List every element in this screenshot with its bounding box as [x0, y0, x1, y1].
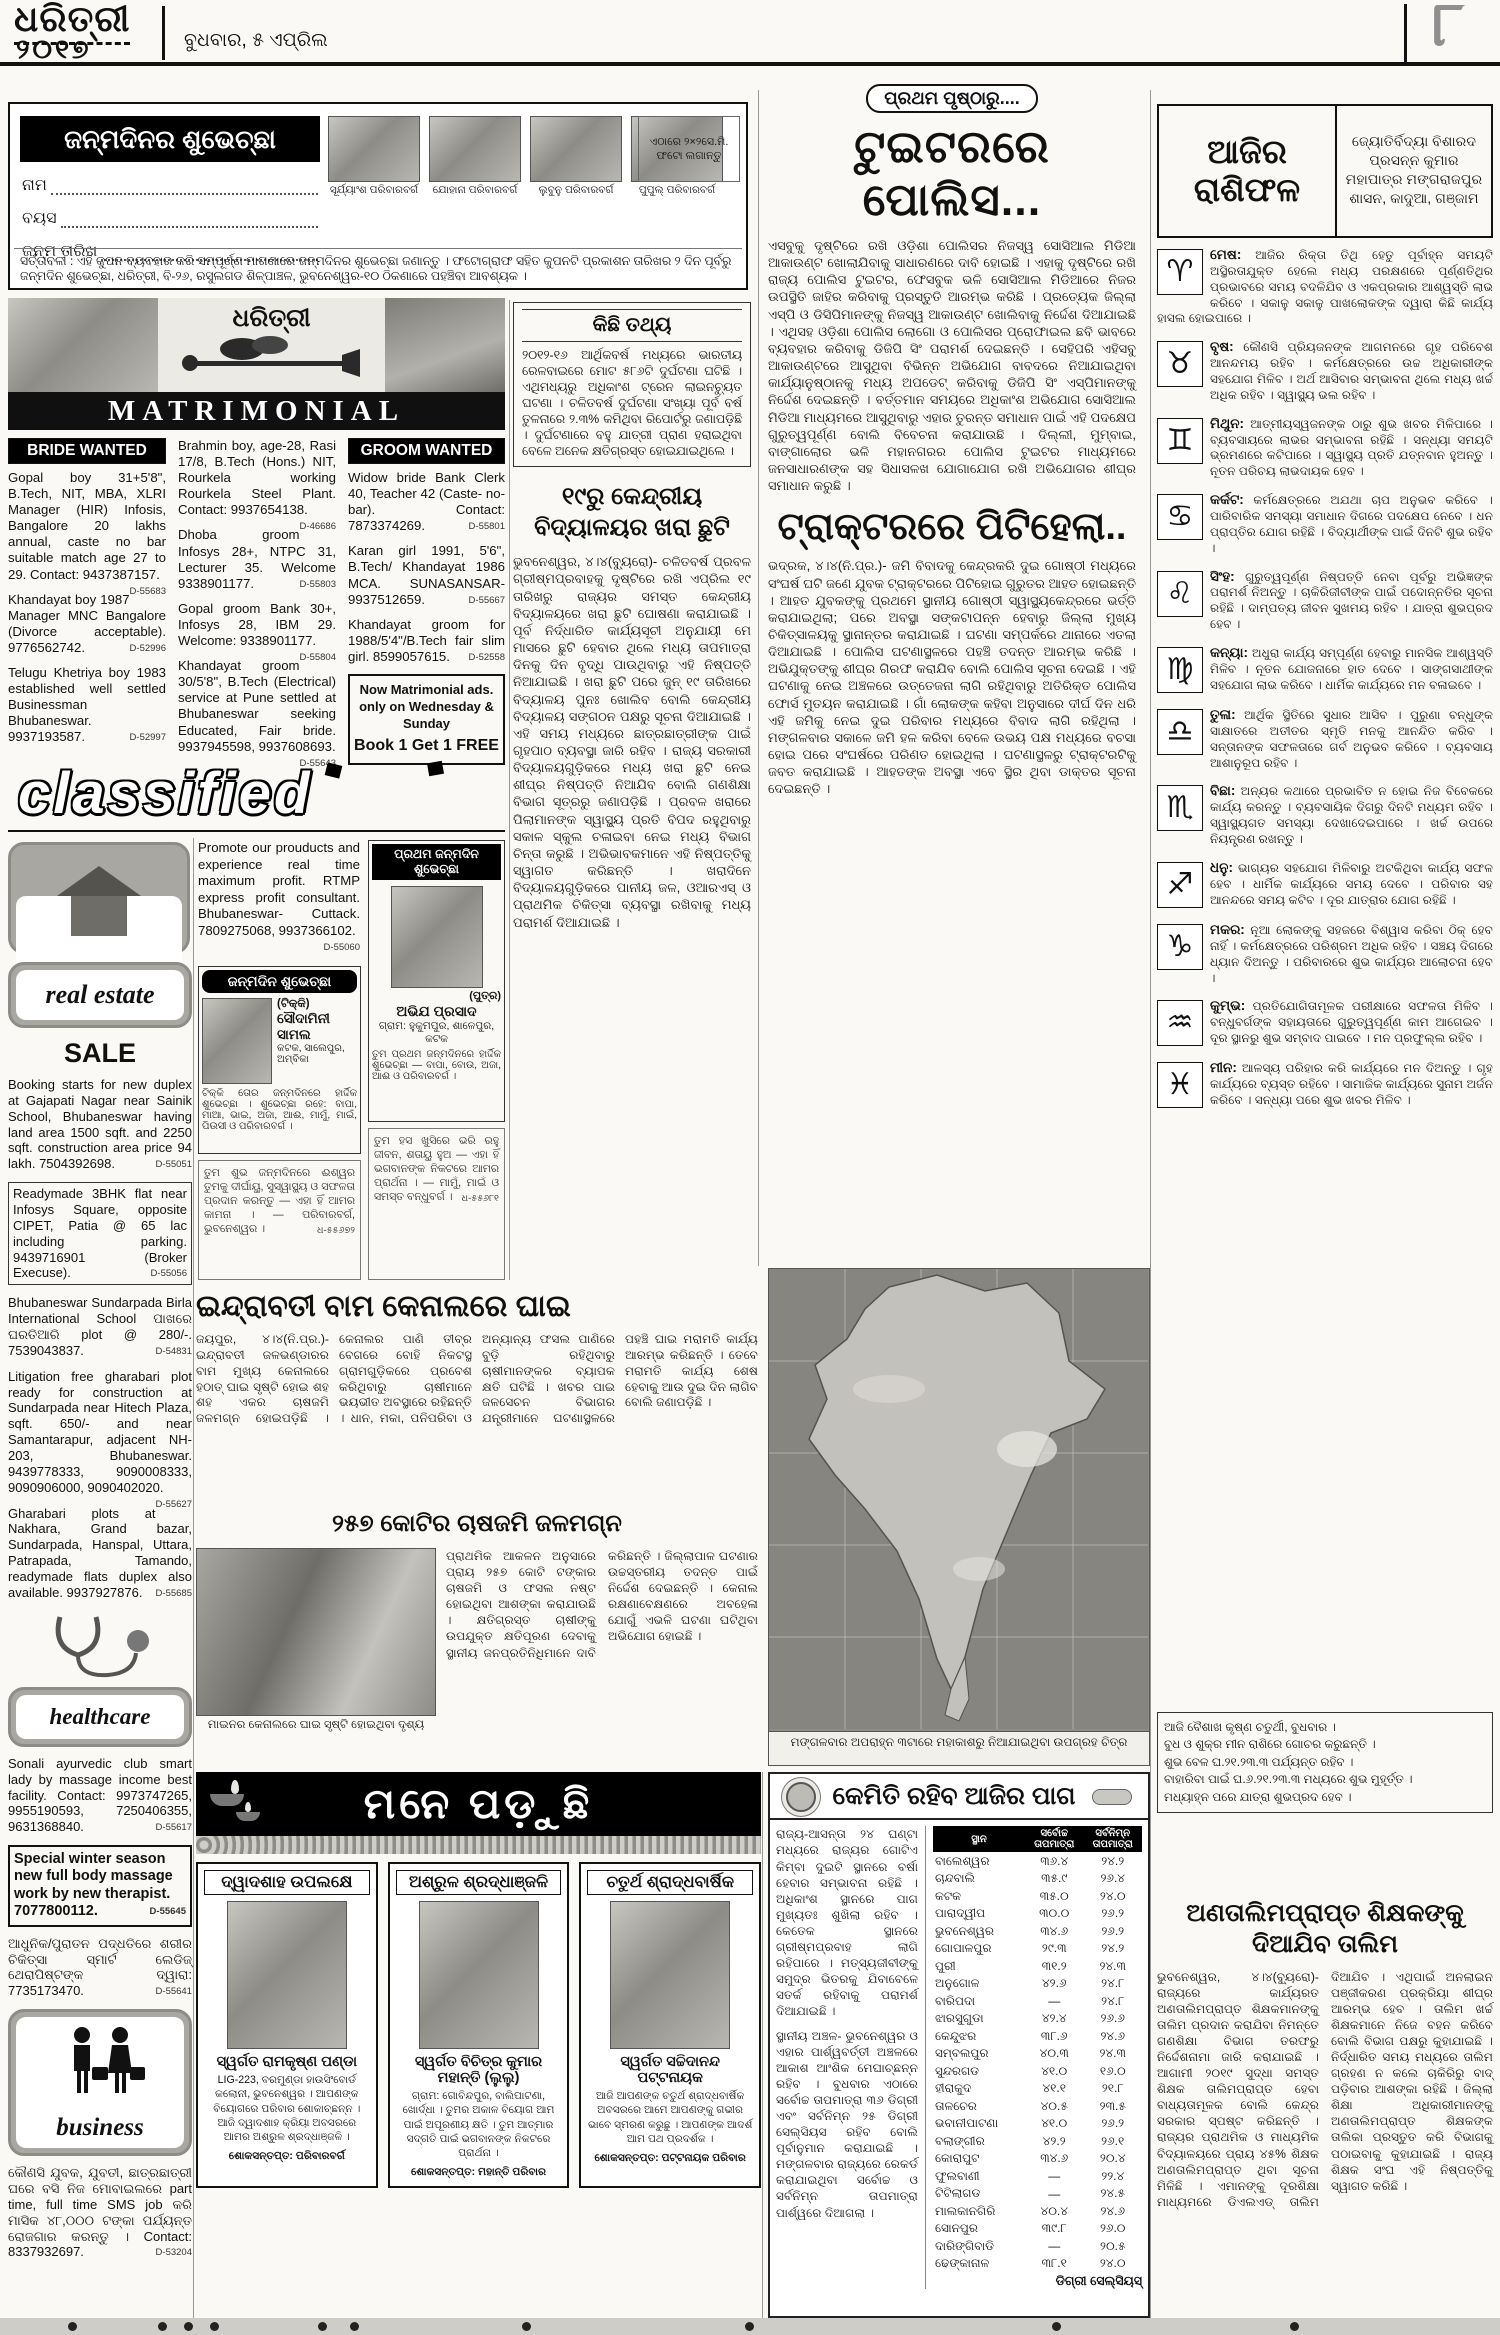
horoscope-sign-entry[interactable]: ♐ ଧନୁ: ଭାଗ୍ୟର ସହଯୋଗ ମିଳିବାରୁ ଅଟକିଥିବା କା…	[1157, 859, 1493, 910]
deceased-photo	[227, 1901, 347, 2049]
business-label: business	[8, 2009, 192, 2156]
birthday-photo: ଲୁବୁନୁ ପରିବାରବର୍ଗ	[530, 116, 622, 196]
matrimonial-ad[interactable]: Karan girl 1991, 5'6", B.Tech/ Khandayat…	[348, 543, 505, 607]
astrologer-credit: ଜ୍ୟୋତିର୍ବିଦ୍ୟା ବିଶାରଦ ପ୍ରସନ୍ନ କୁମାର ମହାପ…	[1337, 106, 1491, 236]
masthead-divider	[162, 6, 165, 60]
panchanga-box: ଆଜି ବୈଶାଖ କୃଷ୍ଣ ଚତୁର୍ଥୀ, ବୁଧବାର ।ବୁଧ ଓ ଶ…	[1157, 1712, 1493, 1813]
sale-heading: SALE	[8, 1038, 192, 1069]
vacation-subheadline: ୧୯ରୁ କେନ୍ଦ୍ରୀୟ ବିଦ୍ୟାଳୟର ଖରା ଛୁଟି	[513, 481, 751, 543]
indravati-subheadline: ୨୫୭ କୋଟିର ଚାଷଜମି ଜଳମଗ୍ନ	[196, 1510, 758, 1538]
coupon-field[interactable]: ନାମ	[22, 177, 318, 195]
facts-text: ୨୦୧୨-୧୬ ଆର୍ଥିକବର୍ଷ ମଧ୍ୟରେ ଭାରତୀୟ ରେଳବାଇର…	[522, 348, 742, 460]
temperature-row: ହୀରାକୁଦ୪୧.୧୨୧.୮	[933, 2080, 1142, 2098]
coupon-terms: ସର୍ତ୍ତାବଳୀ : ଏହି କୁପନ ବ୍ୟବହାର କରି ସମ୍ପୂର…	[20, 254, 740, 285]
dotted-leader	[51, 181, 318, 195]
marigold-garland	[196, 1836, 761, 1854]
temperature-row: ଢେଙ୍କାନାଳ୩୮.୧୨୪.୦	[933, 2255, 1142, 2273]
birthday-ad-banner: ଜନ୍ମଦିନ ଶୁଭେଚ୍ଛା	[202, 970, 357, 993]
temperature-row: ବାରିପଦା—୨୪.୮	[933, 1992, 1142, 2010]
horoscope-signs: ♈ ମେଷ: ଆଜିର ରିକ୍ତା ତିଥି ହେତୁ ପୂର୍ବାହ୍ନ ସ…	[1157, 246, 1493, 1121]
zodiac-icon: ♈	[1157, 249, 1203, 295]
pageno-divider	[1404, 4, 1407, 62]
temperature-row: ଅନୁଗୋଳ୪୨.୬୨୪.୮	[933, 1975, 1142, 1993]
matrimonial-ad[interactable]: Khandayat groom for 1988/5'4"/B.Tech fai…	[348, 617, 505, 665]
birthday-wish: ତୁମ ପ୍ରଥମ ଜନ୍ମଦିନରେ ହାର୍ଦ୍ଦିକ ଶୁଭେଚ୍ଛା —…	[372, 1049, 501, 1082]
real-estate-ad[interactable]: Readymade 3BHK flat near Infosys Square,…	[8, 1182, 192, 1285]
temperature-row: ସୁନ୍ଦରଗଡ୪୧.୦୧୬.୦	[933, 2062, 1142, 2080]
horoscope-sign-entry[interactable]: ♍ କନ୍ୟା: ଅଧୁରା କାର୍ଯ୍ୟ ସମ୍ପୂର୍ଣ୍ଣ ହେବାରୁ…	[1157, 644, 1493, 695]
teachers-body: ଭୁବନେଶ୍ୱର, ୪।୪(ବ୍ୟୁରୋ)- ରାଜ୍ୟରେ କାର୍ଯ୍ୟର…	[1157, 1969, 1493, 2335]
birthday-photo: ସୂର୍ଯ୍ୟାଂଶ ପରିବାରବର୍ଗ	[328, 116, 420, 196]
india-map	[769, 1269, 1148, 1729]
relation-tag: (ଟିକ୍କି)	[277, 998, 357, 1011]
temperature-row: ସମ୍ବଲପୁର୪୦.୩୨୪.୩	[933, 2045, 1142, 2063]
healthcare-ad[interactable]: Sonali ayurvedic club smart lady by mass…	[8, 1756, 192, 1835]
horoscope-title: ଆଜିର ରାଶିଫଳ	[1159, 106, 1337, 236]
temperature-row: ପାରାଦ୍ୱୀପ୩୦.୦୨୬.୨	[933, 1905, 1142, 1923]
column-rule	[762, 1772, 763, 2330]
temperature-row: ଗୋପାଳପୁର୨୯.୩୨୪.୨	[933, 1940, 1142, 1958]
groom-wanted-ads: Widow bride Bank Clerk 40, Teacher 42 (C…	[348, 470, 505, 665]
business-people-icon	[54, 2025, 146, 2109]
zodiac-icon: ♎	[1157, 709, 1203, 755]
column-rule	[758, 90, 759, 1266]
real-estate-ad[interactable]: Gharabari plots at Nakhara, Grand bazar,…	[8, 1506, 192, 1601]
matrimonial-ad[interactable]: Telugu Khetriya boy 1983 established wel…	[8, 665, 166, 745]
temperature-rows: ବାଲେଶ୍ୱର୩୬.୪୨୪.୨ ଚାନ୍ଦବାଲି୩୫.୯୨୬.୪ କଟକ୩୫…	[933, 1852, 1142, 2272]
matrimonial-ad[interactable]: Brahmin boy, age-28, Rasi 17/8, B.Tech (…	[178, 438, 336, 518]
vacation-article-body: ଭୁବନେଶ୍ୱର, ୪।୪(ବ୍ୟୁରୋ)- ଚଳିତବର୍ଷ ପ୍ରବଳ ଗ…	[513, 553, 751, 930]
matrimonial-ad[interactable]: Dhoba groom Infosys 28+, NTPC 31, Lectur…	[178, 527, 336, 591]
child-photo	[328, 116, 420, 182]
indravati-headline: ଇନ୍ଦ୍ରାବତୀ ବାମ କେନାଲରେ ଘାଇ	[196, 1290, 758, 1324]
horoscope-sign-entry[interactable]: ♑ ମକର: ନୂଆ ଲୋକଙ୍କୁ ସହଜରେ ବିଶ୍ୱାସ କରିବା ଠ…	[1157, 921, 1493, 986]
relation-tag: (ପୁତ୍ର)	[372, 990, 501, 1003]
temperature-row: କୋରାପୁଟ୩୪.୬୨୦.୪	[933, 2150, 1142, 2168]
matrimonial-title: MATRIMONIAL	[8, 392, 505, 430]
deceased-photo	[419, 1901, 539, 2049]
matrimonial-ad[interactable]: Gopal groom Bank 30+, Infosys 28, IBM 29…	[178, 601, 336, 649]
horoscope-sign-entry[interactable]: ♒ କୁମ୍ଭ: ପ୍ରତିଯୋଗିତାମୂଳକ ପରୀକ୍ଷାରେ ସଫଳତା…	[1157, 997, 1493, 1048]
real-estate-ad[interactable]: Bhubaneswar Sundarpada Birla Internation…	[8, 1295, 192, 1358]
horoscope-sign-entry[interactable]: ♓ ମୀନ: ଆଳସ୍ୟ ପରିହାର କରି କାର୍ଯ୍ୟରେ ମନ ଦିଅ…	[1157, 1059, 1493, 1110]
canal-breach-photo	[196, 1548, 436, 1716]
zodiac-icon: ♓	[1157, 1062, 1203, 1108]
cloud-icon	[1092, 1789, 1132, 1805]
zodiac-icon: ♋	[1157, 494, 1203, 540]
classified-title: classified	[18, 760, 312, 827]
real-estate-ad[interactable]: Litigation free gharabari plot ready for…	[8, 1369, 192, 1496]
weather-title: କେମିତି ରହିବ ଆଜିର ପାଗ	[770, 1774, 1148, 1820]
coupon-separator	[14, 248, 742, 249]
special-massage-ad[interactable]: Special winter season new full body mass…	[8, 1845, 192, 1927]
birthday-child-photo	[391, 886, 483, 988]
teachers-article: ଅଣତାଲିମପ୍ରାପ୍ତ ଶିକ୍ଷକଙ୍କୁ ଦିଆଯିବ ତାଲିମ ଭ…	[1157, 1898, 1493, 2335]
dotted-leader	[61, 214, 318, 228]
greeting-ad-box[interactable]: ତୁମ ହସ ଖୁସିରେ ଭରି ରହୁ ଜୀବନ, ଶତାୟୁ ହୁଅ — …	[368, 1128, 505, 1280]
temperature-row: ଝାରସୁଗୁଡା୪୨.୪୨୬.୬	[933, 2010, 1142, 2028]
temperature-row: ବଲାଙ୍ଗୀର୪୨.୨୨୬.୧	[933, 2132, 1142, 2150]
temperature-row: ଚାନ୍ଦବାଲି୩୫.୯୨୬.୪	[933, 1870, 1142, 1888]
memorial-card[interactable]: ଅଶ୍ରୁଳ ଶ୍ରଦ୍ଧାଞ୍ଜଳି ସ୍ୱର୍ଗତ ବିଚିତ୍ର କୁମା…	[388, 1862, 570, 2188]
newspaper-page: ଧରିତ୍ରୀ ୨୦୧୭ ବୁଧବାର, ୫ ଏପ୍ରିଲ ୮ ଜନ୍ମଦିନର…	[0, 0, 1500, 2335]
weather-box: କେମିତି ରହିବ ଆଜିର ପାଗ ରାଜ୍ୟ-ଆସନ୍ତା ୨୪ ଘଣ୍…	[768, 1772, 1150, 2318]
temperature-row: ତାଳଚେର୪୦.୫୨୩.୫	[933, 2097, 1142, 2115]
memorial-card[interactable]: ଚତୁର୍ଥ ଶ୍ରାଦ୍ଧବାର୍ଷିକ ସ୍ୱର୍ଗତ ସଚ୍ଚିଦାନନ୍…	[579, 1862, 761, 2188]
memorial-cards: ଦ୍ୱାଦଶାହ ଉପଲକ୍ଷେ ସ୍ୱର୍ଗତ ରାମକୃଷ୍ଣ ପଣ୍ଡା …	[196, 1862, 761, 2188]
paste-photo-box[interactable]: ଏଠାରେ ୨×୨ସେ.ମି. ଫଟୋ ଲଗାନ୍ତୁ	[638, 116, 740, 182]
drums-trumpet-icon	[182, 333, 362, 377]
matrimonial-columns: BRIDE WANTED Gopal boy 31+5'8", B.Tech, …	[8, 438, 505, 764]
coupon-field[interactable]: ବୟସ	[22, 210, 318, 228]
classified-deco-square	[427, 761, 444, 776]
birthday-ad[interactable]: ଜନ୍ମଦିନ ଶୁଭେଚ୍ଛା (ଟିକ୍କି) ସୌଦାମିନୀ ସାମଲ …	[198, 966, 361, 1154]
sun-icon	[786, 1782, 816, 1812]
unit-note: ଡିଗ୍ରୀ ସେଲ୍ସିୟସ୍	[933, 2274, 1142, 2289]
temperature-row: କଟକ୩୫.୦୨୪.୦	[933, 1887, 1142, 1905]
zodiac-icon: ♑	[1157, 924, 1203, 970]
zodiac-icon: ♒	[1157, 1000, 1203, 1046]
memorial-title: ମନେ ପଡ଼ୁଛି	[196, 1772, 761, 1836]
child-address: କଟକ, ସାଲେପୁର, ଅମ୍ବିକା	[277, 1043, 357, 1065]
panchanga-line: ମଧ୍ୟାହ୍ନ ପରେ ଯାତ୍ରା ଶୁଭପ୍ରଦ ହେବ ।	[1164, 1789, 1486, 1806]
promo-offer: Book 1 Get 1 FREE	[354, 736, 499, 757]
tractor-headline: ଟ୍ରାକ୍ଟରରେ ପିଟିହେଲା..	[768, 506, 1136, 549]
real-estate-house-box	[8, 842, 190, 954]
child-photo	[429, 116, 521, 182]
zodiac-icon: ♊	[1157, 418, 1203, 464]
from-front-page-tab: ପ୍ରଥମ ପୃଷ୍ଠାରୁ....	[866, 84, 1038, 113]
main-article-column: ପ୍ରଥମ ପୃଷ୍ଠାରୁ.... ଟୁଇଟରରେ ପୋଲିସ... ଏସବୁ…	[768, 84, 1136, 798]
first-birthday-ad[interactable]: ପ୍ରଥମ ଜନ୍ମଦିନ ଶୁଭେଚ୍ଛା (ପୁତ୍ର) ଅଭିଯ ପ୍ରସ…	[368, 840, 505, 1122]
classified-banner: classified	[8, 766, 505, 832]
matrimonial-ads-col2: Brahmin boy, age-28, Rasi 17/8, B.Tech (…	[178, 438, 336, 755]
real-estate-label: real estate	[8, 962, 192, 1028]
stethoscope-icon	[40, 1611, 160, 1685]
memorial-banner: ମନେ ପଡ଼ୁଛି	[196, 1772, 761, 1836]
panchanga-line: ଆଜି ବୈଶାଖ କୃଷ୍ଣ ଚତୁର୍ଥୀ, ବୁଧବାର ।	[1164, 1719, 1486, 1736]
center-column: କିଛି ତଥ୍ୟ ୨୦୧୨-୧୬ ଆର୍ଥିକବର୍ଷ ମଧ୍ୟରେ ଭାରତ…	[513, 302, 751, 931]
column-rule	[509, 300, 510, 1280]
matrimonial-ad[interactable]: Khandayat groom 30/5'8", B.Tech (Electri…	[178, 658, 336, 755]
column-rule	[1150, 90, 1151, 2330]
birthday-wish: ଟିକ୍କି ତୋର ଜନ୍ମଦିନରେ ହାର୍ଦ୍ଦିକ ଶୁଭେଚ୍ଛା …	[202, 1088, 357, 1132]
matrimonial-promo[interactable]: Now Matrimonial ads. only on Wednesday &…	[348, 674, 505, 764]
temperature-row: ପୁରୀ୩୧.୨୨୪.୩	[933, 1957, 1142, 1975]
temperature-row: ଦାରିଙ୍ଗିବାଡି—୨୦.୫	[933, 2237, 1142, 2255]
twitter-police-body: ଏସବୁକୁ ଦୃଷ୍ଟିରେ ରଖି ଓଡ଼ିଶା ପୋଲିସର ନିଜସ୍ୱ…	[768, 237, 1136, 494]
brand-logo: ଧରିତ୍ରୀ	[158, 304, 385, 333]
child-name: ଅଭିଯ ପ୍ରସାଦ	[372, 1003, 501, 1020]
zodiac-icon: ♏	[1157, 785, 1203, 831]
matrimonial-banner: ଧରିତ୍ରୀ MATRIMONIAL	[8, 298, 505, 430]
indravati-body1: ଜୟପୁର, ୪।୪(ନି.ପ୍ର.)- ଇନ୍ଦ୍ରାବତୀ ଜଳଭଣ୍ଡାର…	[196, 1332, 758, 1500]
panchanga-line: ବୁଧ ଓ ଶୁକ୍ର ମୀନ ରାଶିରେ ଗୋଚର କରୁଛନ୍ତି ।	[1164, 1736, 1486, 1753]
bride-wanted-header: BRIDE WANTED	[8, 438, 166, 464]
facts-title: କିଛି ତଥ୍ୟ	[522, 309, 742, 342]
temperature-row: ଟିଟିଲାଗଡ—୨୪.୫	[933, 2185, 1142, 2203]
child-address: ଗ୍ରାମ: ହୁକୁମପୁର, ଶାଳେପୁର, କଟକ	[372, 1020, 501, 1046]
horoscope-sign-entry[interactable]: ♈ ମେଷ: ଆଜିର ରିକ୍ତା ତିଥି ହେତୁ ପୂର୍ବାହ୍ନ ସ…	[1157, 246, 1493, 327]
weather-forecast-text: ରାଜ୍ୟ-ଆସନ୍ତା ୨୪ ଘଣ୍ଟା ମଧ୍ୟରେ ରାଜ୍ୟର ଗୋଟି…	[776, 1826, 926, 2289]
col-min: ସର୍ବନିମ୍ନ ତାପମାତ୍ରା	[1083, 1826, 1142, 1852]
real-estate-ad[interactable]: Booking starts for new duplex at Gajapat…	[8, 1077, 192, 1172]
temperature-row: ସୋନପୁର୩୯.୮୨୬.୦	[933, 2220, 1142, 2238]
footer-strip	[0, 2318, 1500, 2335]
twitter-police-headline: ଟୁଇଟରରେ ପୋଲିସ...	[768, 121, 1136, 227]
facts-box: କିଛି ତଥ୍ୟ ୨୦୧୨-୧୬ ଆର୍ଥିକବର୍ଷ ମଧ୍ୟରେ ଭାରତ…	[513, 302, 751, 467]
temperature-row: ଭୁବନେଶ୍ୱର୩୪.୬୨୬.୨	[933, 1922, 1142, 1940]
memorial-section: ମନେ ପଡ଼ୁଛି ଦ୍ୱାଦଶାହ ଉପଲକ୍ଷେ ସ୍ୱର୍ଗତ ରାମକ…	[196, 1772, 761, 2188]
oil-lamp-icon	[210, 1780, 260, 1821]
birthday-photo: ଯୋହାନା ପରିବାରବର୍ଗ	[429, 116, 521, 196]
child-photo	[530, 116, 622, 182]
temperature-row: କେନ୍ଦୁଝର୩୮.୬୨୪.୬	[933, 2027, 1142, 2045]
horoscope-sign-entry[interactable]: ♉ ବୃଷ: କୌଣସି ପ୍ରିୟଜନଙ୍କ ଆଗମନରେ ଗୃହ ପରିବେ…	[1157, 338, 1493, 403]
satellite-map-block: ମଙ୍ଗଳବାର ଅପରାହ୍ନ ୩ଟାରେ ମହାକାଶରୁ ନିଆଯାଇଥି…	[768, 1268, 1150, 1766]
page-number: ୮	[1432, 0, 1464, 61]
birthday-coupon-fields: ନାମବୟସଜନ୍ମ ତାରିଖ	[22, 162, 318, 261]
real-estate-ads: Booking starts for new duplex at Gajapat…	[8, 1077, 192, 1601]
house-icon	[71, 896, 127, 936]
birthday-coupon: ଜନ୍ମଦିନର ଶୁଭେଚ୍ଛା ନାମବୟସଜନ୍ମ ତାରିଖ ସୂର୍ଯ…	[8, 102, 748, 290]
teachers-headline: ଅଣତାଲିମପ୍ରାପ୍ତ ଶିକ୍ଷକଙ୍କୁ ଦିଆଯିବ ତାଲିମ	[1157, 1898, 1493, 1961]
horoscope-sign-entry[interactable]: ♎ ତୁଳା: ଆର୍ଥିକ ସ୍ଥିତିରେ ସୁଧାର ଆସିବ । ପୁର…	[1157, 706, 1493, 771]
col-place: ସ୍ଥାନ	[933, 1826, 1025, 1852]
matrimonial-logo-panel: ଧରିତ୍ରୀ	[158, 298, 385, 392]
tractor-body: ଭଦ୍ରକ, ୪।୪(ନି.ପ୍ର.)- ଜମି ବିବାଦକୁ କେନ୍ଦ୍ର…	[768, 557, 1136, 797]
horoscope-sign-entry[interactable]: ♊ ମିଥୁନ: ଆତ୍ମୀୟସ୍ୱଜନଙ୍କ ଠାରୁ ଶୁଭ ଖବର ମିଳ…	[1157, 415, 1493, 480]
horoscope-header: ଆଜିର ରାଶିଫଳ ଜ୍ୟୋତିର୍ବିଦ୍ୟା ବିଶାରଦ ପ୍ରସନ୍…	[1157, 104, 1493, 238]
zodiac-icon: ♐	[1157, 862, 1203, 908]
matrimonial-ad[interactable]: Khandayat boy 1987 Manager MNC Bangalore…	[8, 592, 166, 656]
bride-wanted-ads: Gopal boy 31+5'8", B.Tech, NIT, MBA, XLR…	[8, 470, 166, 746]
birthday-coupon-title: ଜନ୍ମଦିନର ଶୁଭେଚ୍ଛା	[20, 116, 320, 162]
wedding-photo-left	[8, 298, 158, 392]
weather-local-forecast: ସ୍ଥାନୀୟ ଅଞ୍ଚଳ- ଭୁବନେଶ୍ୱର ଓ ଏହାର ପାର୍ଶ୍ୱବ…	[776, 2028, 918, 2221]
temperature-row: ଫୁଲବାଣୀ—୨୨.୪	[933, 2167, 1142, 2185]
horoscope-sign-entry[interactable]: ♋ କର୍କଟ: କର୍ମକ୍ଷେତ୍ରରେ ଅଯଥା ଚାପ ଅନୁଭବ କର…	[1157, 491, 1493, 556]
therapy-ad[interactable]: ଆଧୁନିକ/ପୁରାତନ ପଦ୍ଧତିରେ ଶରୀର ଚିକିତ୍ସା ସ୍ମ…	[8, 1936, 192, 1999]
map-caption: ମଙ୍ଗଳବାର ଅପରାହ୍ନ ୩ଟାରେ ମହାକାଶରୁ ନିଆଯାଇଥି…	[769, 1731, 1149, 1765]
first-birthday-banner: ପ୍ରଥମ ଜନ୍ମଦିନ ଶୁଭେଚ୍ଛା	[372, 844, 501, 880]
canal-photo-caption: ମାଇନର କେନାଲରେ ଘାଇ ସୃଷ୍ଟି ହୋଇଥିବା ଦୃଶ୍ୟ	[196, 1719, 436, 1732]
temperature-row: ବାଲେଶ୍ୱର୩୬.୪୨୪.୨	[933, 1852, 1142, 1870]
weather-state-forecast: ରାଜ୍ୟ-ଆସନ୍ତା ୨୪ ଘଣ୍ଟା ମଧ୍ୟରେ ରାଜ୍ୟର ଗୋଟି…	[776, 1826, 918, 2019]
classified-deco-square	[325, 762, 343, 778]
col-max: ସର୍ବୋଚ୍ଚ ତାପମାତ୍ରା	[1025, 1826, 1084, 1852]
matrimonial-ad[interactable]: Widow bride Bank Clerk 40, Teacher 42 (C…	[348, 470, 505, 534]
temperature-row: ଭବାନୀପାଟଣା୪୧.୦୨୬.୨	[933, 2115, 1142, 2133]
zodiac-icon: ♉	[1157, 341, 1203, 387]
panchanga-line: ଶୁଭ ବେଳ ଘ.୨୧.୨୩.୩ ପର୍ଯ୍ୟନ୍ତ ରହିବ ।	[1164, 1754, 1486, 1771]
horoscope-sign-entry[interactable]: ♌ ସିଂହ: ଗୁରୁତ୍ୱପୂର୍ଣ୍ଣ ନିଷ୍ପତ୍ତି ନେବା ପୂ…	[1157, 568, 1493, 633]
masthead-year: ୨୦୧୭	[16, 34, 92, 66]
panchanga-line: ବାହାରିବା ପାଇଁ ଘ.୬.୨୧.୨୩.୩ ମଧ୍ୟରେ ଶୁଭ ମୁହ…	[1164, 1771, 1486, 1788]
greeting-ad-box[interactable]: ତୁମ ଶୁଭ ଜନ୍ମଦିନରେ ଈଶ୍ୱର ତୁମକୁ ଦୀର୍ଘାୟୁ, …	[198, 1160, 361, 1280]
horoscope-sign-entry[interactable]: ♏ ବିଛା: ଅନ୍ୟର କଥାରେ ପ୍ରଭାବିତ ନ ହୋଇ ନିଜ ବ…	[1157, 782, 1493, 847]
healthcare-label: healthcare	[8, 1687, 192, 1747]
bride-photo-right	[385, 298, 505, 392]
masthead: ଧରିତ୍ରୀ ୨୦୧୭ ବୁଧବାର, ୫ ଏପ୍ରିଲ ୮	[0, 0, 1500, 66]
indravati-body2: ପ୍ରାଥମିକ ଆକଳନ ଅନୁସାରେ ପ୍ରାୟ ୨୫୭ କୋଟି ଟଙ୍…	[446, 1548, 758, 1748]
indravati-article: ଇନ୍ଦ୍ରାବତୀ ବାମ କେନାଲରେ ଘାଇ ଜୟପୁର, ୪।୪(ନି…	[196, 1290, 758, 1748]
temperature-table: ସ୍ଥାନ ସର୍ବୋଚ୍ଚ ତାପମାତ୍ରା ସର୍ବନିମ୍ନ ତାପମା…	[933, 1826, 1142, 2272]
child-name: ସୌଦାମିନୀ ସାମଲ	[277, 1011, 357, 1043]
temperature-row: ମାଲକାନଗିରି୪୦.୪୨୪.୬	[933, 2202, 1142, 2220]
column-rule	[193, 838, 194, 2330]
business-ad[interactable]: କୌଣସି ଯୁବକ, ଯୁବତୀ, ଛାତ୍ରଛାତ୍ରୀ ଘରେ ବସି ନ…	[8, 2165, 192, 2260]
deceased-photo	[610, 1901, 730, 2049]
left-rail: real estate SALE Booking starts for new …	[8, 962, 192, 2270]
zodiac-icon: ♌	[1157, 571, 1203, 617]
promote-ad[interactable]: Promote our prouducts and experience rea…	[198, 840, 360, 954]
memorial-card[interactable]: ଦ୍ୱାଦଶାହ ଉପଲକ୍ଷେ ସ୍ୱର୍ଗତ ରାମକୃଷ୍ଣ ପଣ୍ଡା …	[196, 1862, 378, 2188]
matrimonial-ad[interactable]: Gopal boy 31+5'8", B.Tech, NIT, MBA, XLR…	[8, 470, 166, 583]
zodiac-icon: ♍	[1157, 647, 1203, 693]
masthead-date: ବୁଧବାର, ୫ ଏପ୍ରିଲ	[184, 30, 328, 52]
groom-wanted-header: GROOM WANTED	[348, 438, 505, 464]
birthday-child-photo	[202, 998, 272, 1084]
